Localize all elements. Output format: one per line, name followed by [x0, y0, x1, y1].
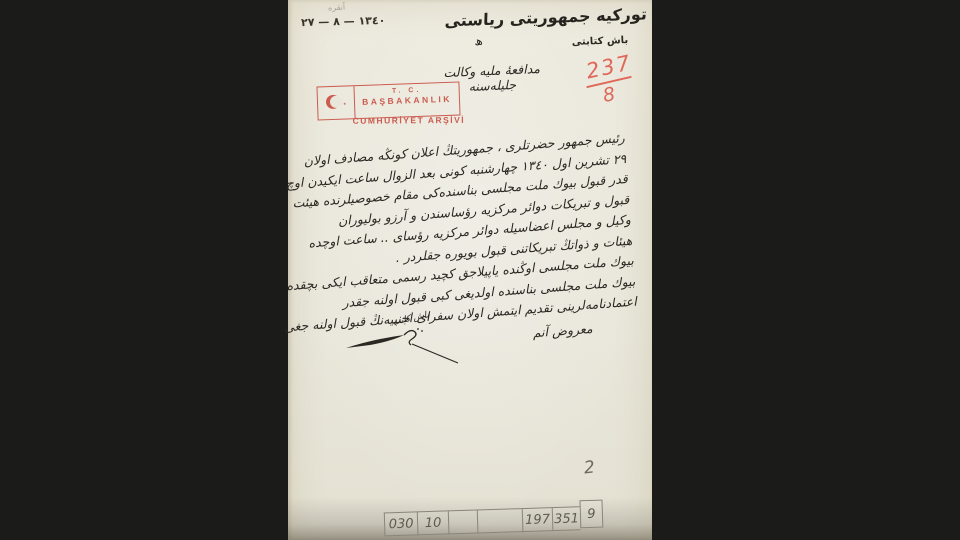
crescent-star-emblem: ٭ [317, 86, 355, 119]
document-page: توركیه جمهوریتی ریاستی باش كتابتی ھ آنقر… [288, 0, 652, 540]
stamp-line-cumhuriyet-arsivi: CUMHURİYET ARŞİVİ [352, 115, 466, 126]
catalog-cell [477, 508, 523, 533]
flourish-mark: ھ [473, 33, 484, 48]
letterhead-title: توركیه جمهوریتی ریاستی [497, 4, 648, 28]
archive-stamp-text: T. C. BAŞBAKANLIK CUMHURİYET ARŞİVİ [354, 83, 459, 119]
catalog-cell [448, 510, 478, 535]
crescent-icon [326, 95, 340, 109]
signature-flourish [344, 324, 462, 366]
archive-stamp: ٭ T. C. BAŞBAKANLIK CUMHURİYET ARŞİVİ [316, 82, 460, 121]
place-annotation: آنقره [328, 3, 346, 13]
catalog-stamp: 030 10 197 351 9 [384, 500, 604, 537]
catalog-cell: 10 [417, 510, 449, 535]
letterhead-subtitle: باش كتابتی [570, 35, 630, 48]
reference-denominator: 8 [581, 79, 638, 110]
catalog-cell: 197 [522, 507, 553, 532]
letter-body: رئیس جمهور حضرتلری ، جمهوریتڭ اعلان كونڭ… [289, 128, 641, 360]
reference-number: 237 8 [582, 55, 636, 106]
page-number-pencil: 2 [583, 457, 596, 478]
scan-background: توركیه جمهوریتی ریاستی باش كتابتی ھ آنقر… [0, 0, 960, 540]
star-icon: ٭ [343, 100, 347, 107]
catalog-cell: 9 [579, 500, 603, 529]
catalog-cell: 351 [552, 506, 581, 531]
catalog-cell: 030 [384, 511, 418, 536]
date-stamp: ١٣٤٠ — ٨ — ٢٧ [301, 14, 386, 29]
